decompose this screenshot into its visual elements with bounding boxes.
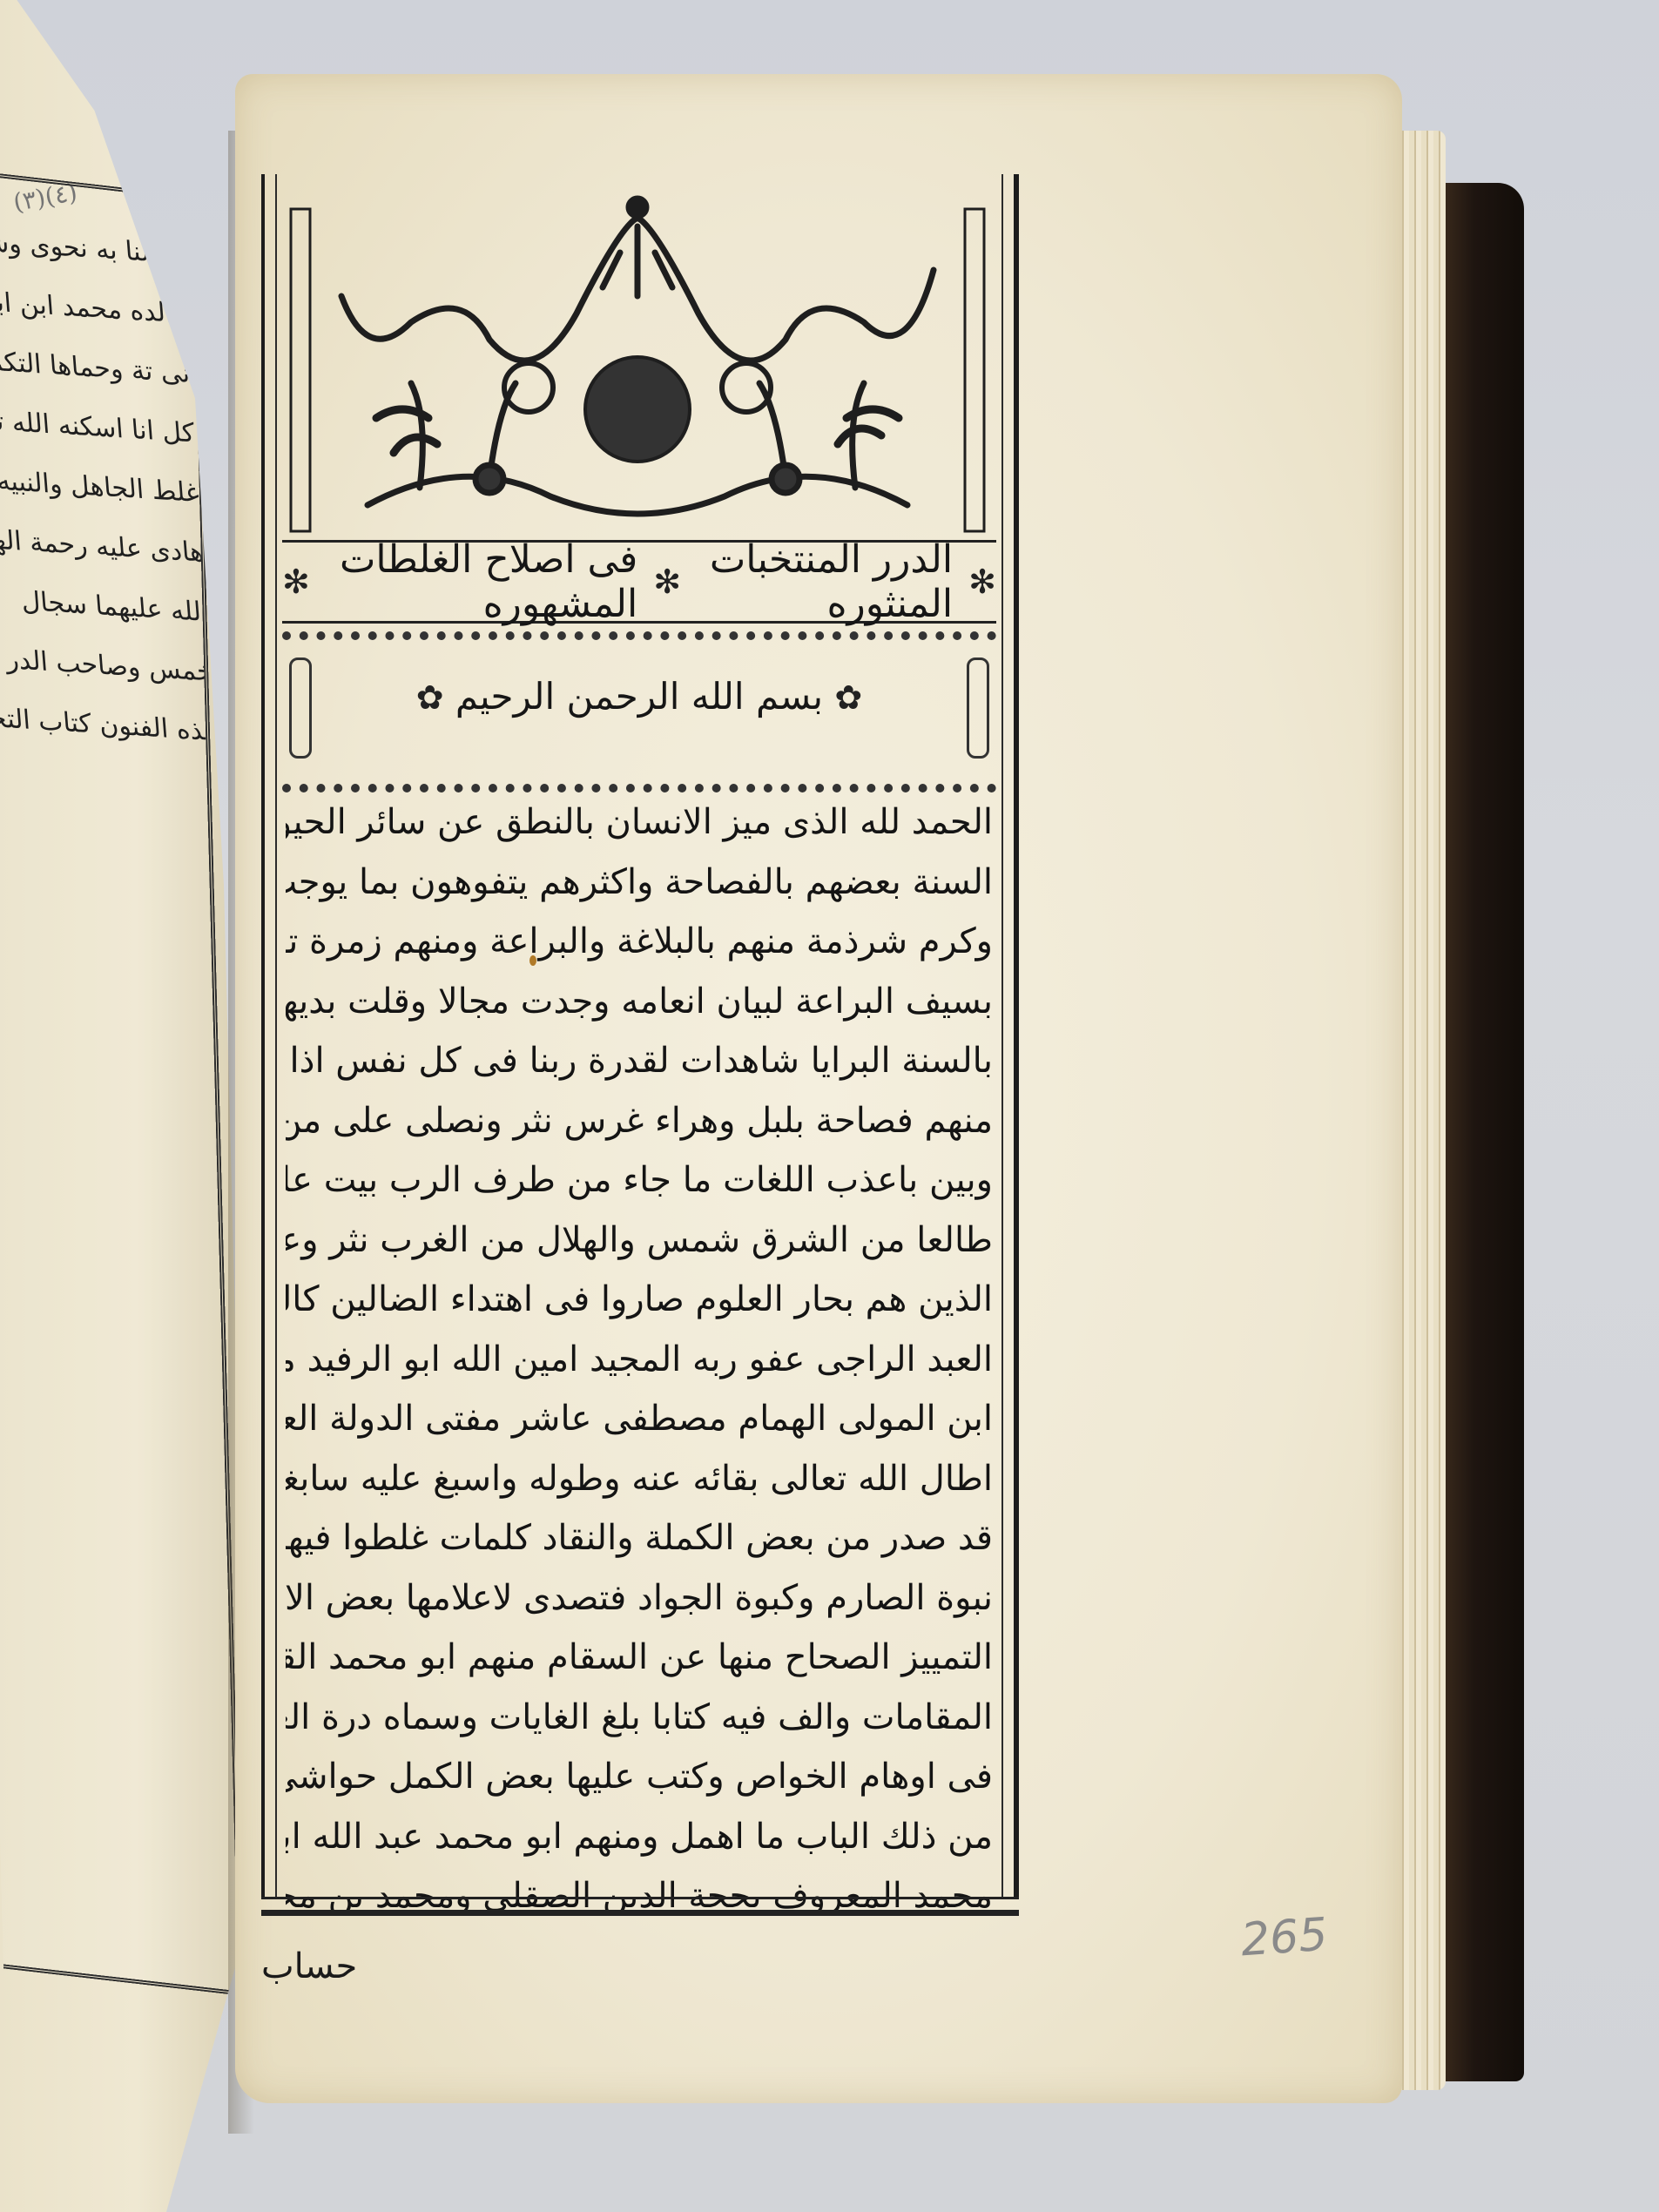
text-line: السنة بعضهم بالفصاحة واكثرهم يتفوهون بما…: [286, 853, 993, 913]
left-line: هذه الفنون كتاب التحرير فى اصلاح القسطنط…: [0, 689, 220, 762]
pencil-folio-number: 265: [1239, 1909, 1329, 1967]
text-line: طالعا من الشرق شمس والهلال من الغرب نثر …: [286, 1211, 993, 1271]
left-page-text-frame: حسنا به نحوى وشرحها الشيخ احمد شهاب والد…: [0, 169, 243, 1996]
text-line: منهم فصاحة بلبل وهراء غرس نثر ونصلى على …: [286, 1091, 993, 1151]
text-line: فى اوهام الخواص وكتب عليها بعض الكمل حوا…: [286, 1747, 993, 1807]
text-line: من ذلك الباب ما اهمل ومنهم ابو محمد عبد …: [286, 1807, 993, 1867]
ink-stain: [529, 955, 536, 966]
basmala-cartouche: ✿ بسم الله الرحمن الرحيم ✿: [282, 631, 996, 792]
text-line: اطال الله تعالى بقائه عنه وطوله واسبغ عل…: [286, 1449, 993, 1509]
star-ornament-icon: ✻: [282, 563, 310, 601]
text-line: بالسنة البرايا شاهدات لقدرة ربنا فى كل ن…: [286, 1031, 993, 1091]
title-part-2: فى اصلاح الغلطات المشهوره: [326, 537, 637, 626]
treatise-title: ✻ الدرر المنتخبات المنثوره ✻ فى اصلاح ال…: [282, 540, 996, 624]
flower-ornament-icon: ✿: [416, 678, 444, 717]
printed-frame: ✻ الدرر المنتخبات المنثوره ✻ فى اصلاح ال…: [261, 174, 1019, 1898]
floral-headpiece-icon: [289, 192, 986, 540]
title-part-1: الدرر المنتخبات المنثوره: [697, 537, 953, 626]
text-line: بسيف البراعة لبيان انعامه وجدت مجالا وقل…: [286, 972, 993, 1032]
body-text: الحمد لله الذى ميز الانسان بالنطق عن سائ…: [286, 792, 993, 1926]
flower-ornament-icon: ✿: [834, 678, 862, 717]
text-line: نبوة الصارم وكبوة الجواد فتصدى لاعلامها …: [286, 1568, 993, 1629]
text-line: المقامات والف فيه كتابا بلغ الغايات وسما…: [286, 1688, 993, 1748]
text-line: وبين باعذب اللغات ما جاء من طرف الرب بيت…: [286, 1150, 993, 1211]
left-page-text: حسنا به نحوى وشرحها الشيخ احمد شهاب والد…: [0, 185, 236, 764]
star-ornament-icon: ✻: [653, 563, 681, 601]
text-line: الذين هم بحار العلوم صاروا فى اهتداء الض…: [286, 1270, 993, 1330]
left-line: والده محمد ابن ابى بكر الانصارى وكتب لها: [0, 272, 187, 345]
book-binding: [1441, 183, 1524, 2081]
catchword: حساب: [261, 1946, 357, 1986]
bottom-border-rule: [261, 1897, 1019, 1916]
text-line: العبد الراجى عفو ربه المجيد امين الله اب…: [286, 1330, 993, 1390]
text-line: ابن المولى الهمام مصطفى عاشر مفتى الدولة…: [286, 1389, 993, 1449]
left-line: حسنا به نحوى وشرحها الشيخ احمد شهاب: [0, 212, 183, 285]
text-line: الحمد لله الذى ميز الانسان بالنطق عن سائ…: [286, 792, 993, 853]
text-line: التمييز الصحاح منها عن السقام منهم ابو م…: [286, 1628, 993, 1688]
star-ornament-icon: ✻: [968, 563, 996, 601]
text-line: قد صدر من بعض الكملة والنقاد كلمات غلطوا…: [286, 1508, 993, 1568]
basmala-line: ✿ بسم الله الرحمن الرحيم ✿: [282, 675, 996, 718]
left-page: (٣)(٤) حسنا به نحوى وشرحها الشيخ احمد شه…: [0, 0, 253, 2212]
basmala-text: بسم الله الرحمن الرحيم: [455, 675, 823, 718]
text-line: وكرم شرذمة منهم بالبلاغة والبراعة ومنهم …: [286, 912, 993, 972]
